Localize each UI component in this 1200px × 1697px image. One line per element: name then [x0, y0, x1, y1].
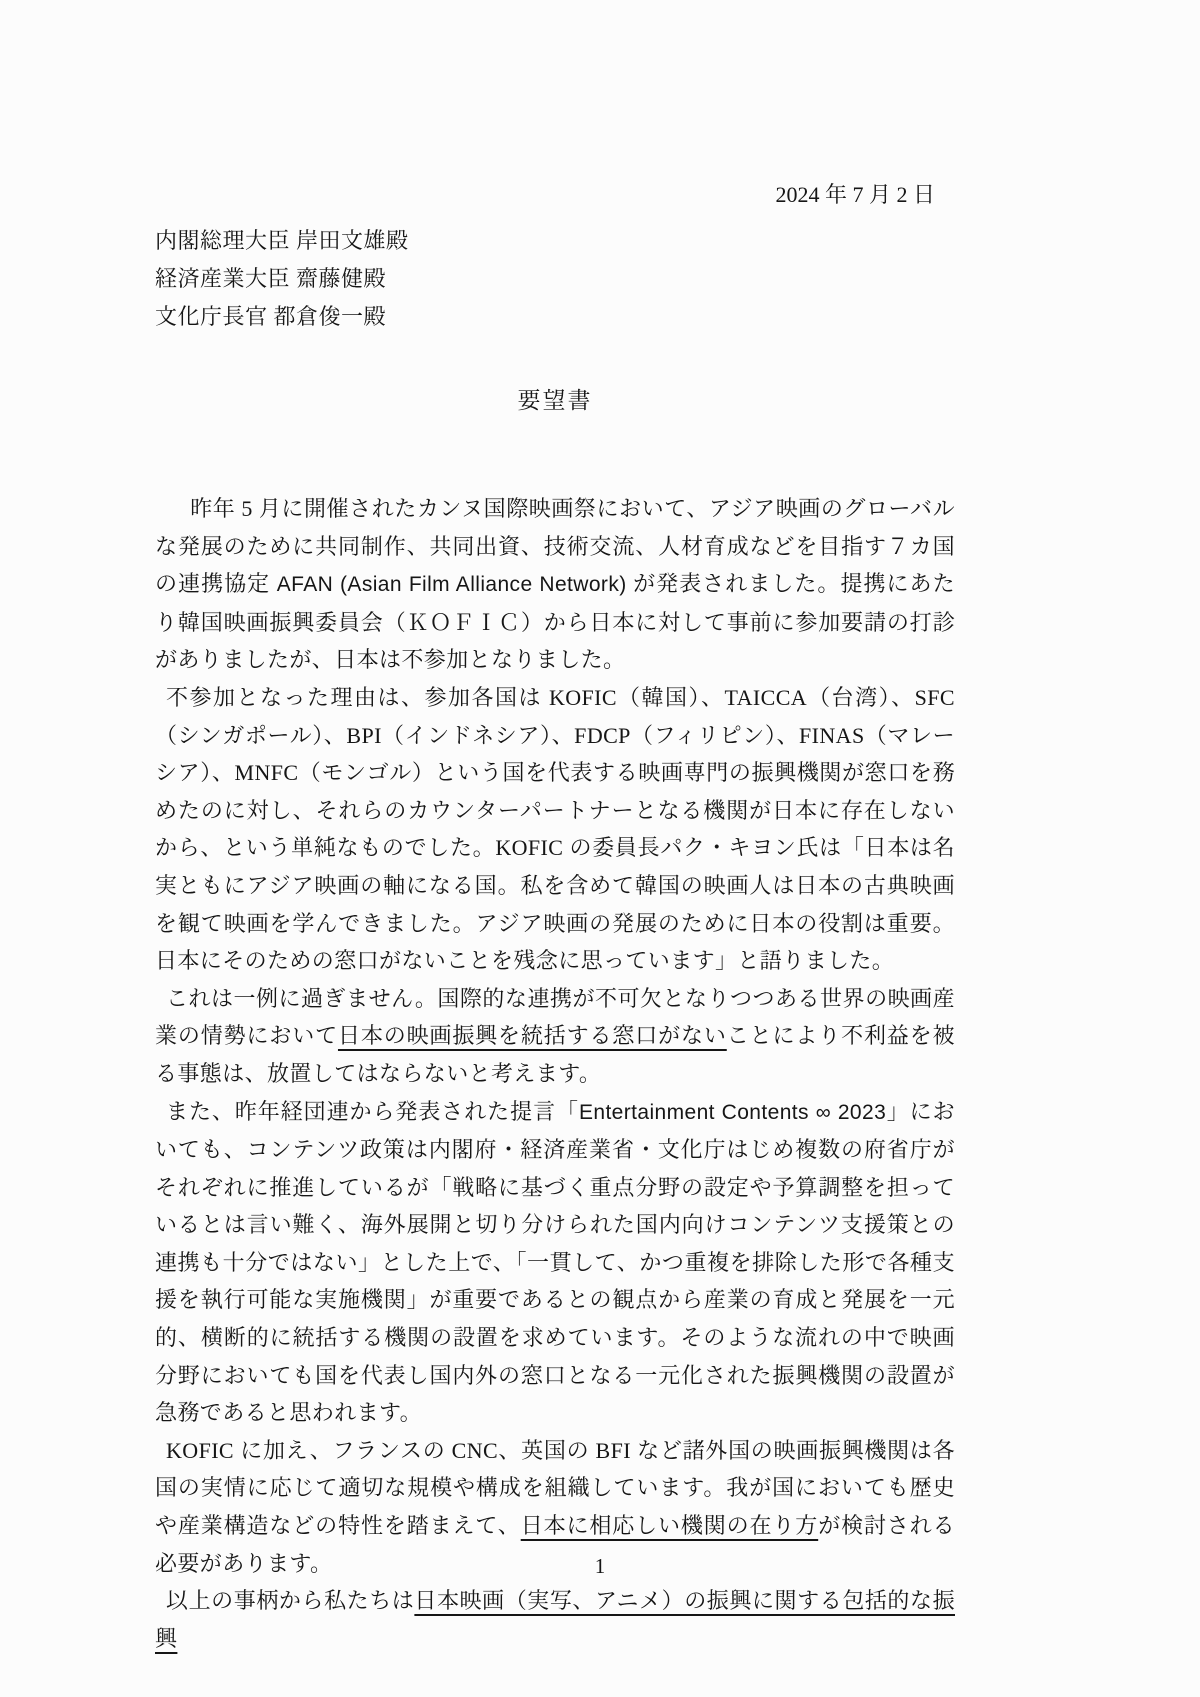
text-run: 不参加となった理由は、参加各国は KOFIC（韓国）、TAICCA（台湾）、SF…: [155, 685, 955, 973]
body-paragraph: これは一例に過ぎません。国際的な連携が不可欠となりつつある世界の映画産業の情勢に…: [155, 980, 955, 1093]
text-run: 」においても、コンテンツ政策は内閣府・経済産業省・文化庁はじめ複数の府省庁がそれ…: [155, 1099, 955, 1426]
body-paragraph: 昨年 5 月に開催されたカンヌ国際映画祭において、アジア映画のグローバルな発展の…: [155, 490, 955, 679]
latin-text: Entertainment Contents ∞ 2023: [579, 1101, 886, 1124]
body-paragraph: 以上の事柄から私たちは日本映画（実写、アニメ）の振興に関する包括的な振興: [155, 1582, 955, 1657]
document-page: 2024 年 7 月 2 日 内閣総理大臣 岸田文雄殿経済産業大臣 齋藤健殿文化…: [0, 0, 1200, 1697]
underlined-phrase: 日本の映画振興を統括する窓口がない: [338, 1023, 727, 1048]
underlined-phrase: 日本に相応しい機関の在り方: [521, 1513, 818, 1538]
addressee-line: 内閣総理大臣 岸田文雄殿: [155, 222, 955, 260]
addressee-list: 内閣総理大臣 岸田文雄殿経済産業大臣 齋藤健殿文化庁長官 都倉俊一殿: [155, 222, 955, 336]
body-paragraph: 不参加となった理由は、参加各国は KOFIC（韓国）、TAICCA（台湾）、SF…: [155, 679, 955, 980]
document-date: 2024 年 7 月 2 日: [155, 180, 955, 210]
document-body: 昨年 5 月に開催されたカンヌ国際映画祭において、アジア映画のグローバルな発展の…: [155, 490, 955, 1657]
addressee-line: 文化庁長官 都倉俊一殿: [155, 298, 955, 336]
document-title: 要望書: [155, 386, 955, 416]
text-run: また、昨年経団連から発表された提言「: [166, 1099, 579, 1124]
addressee-line: 経済産業大臣 齋藤健殿: [155, 260, 955, 298]
text-run: 以上の事柄から私たちは: [166, 1588, 414, 1613]
latin-text: AFAN (Asian Film Alliance Network): [277, 573, 627, 596]
body-paragraph: また、昨年経団連から発表された提言「Entertainment Contents…: [155, 1093, 955, 1432]
page-number: 1: [0, 1552, 1200, 1580]
